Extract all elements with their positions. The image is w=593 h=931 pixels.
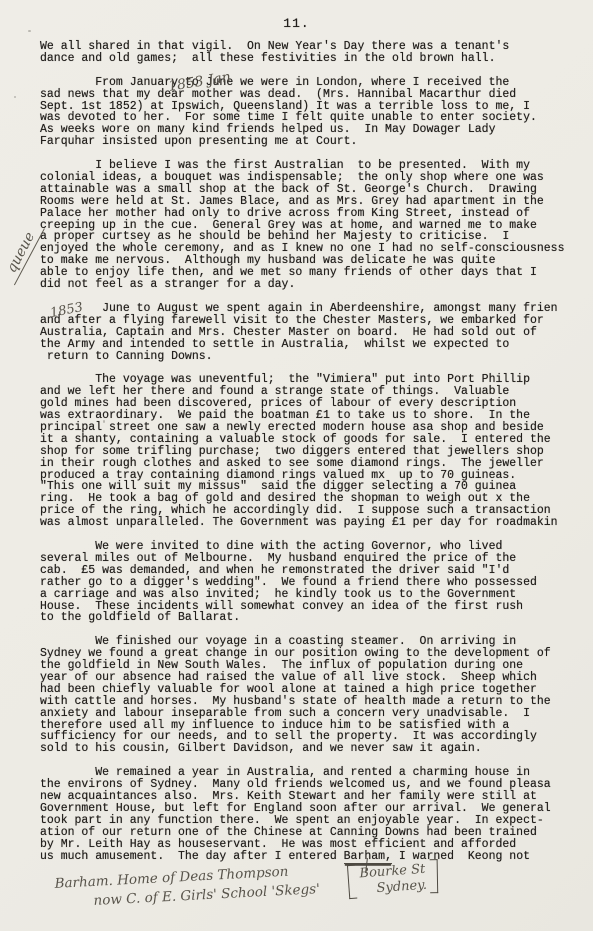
typed-line: cab. £5 was demanded, and when he remons…	[40, 565, 593, 577]
typed-line: to the goldfield of Ballarat.	[40, 612, 593, 624]
typed-line: Rooms were held at St. James Blace, and …	[40, 196, 593, 208]
typed-line: Farquhar insisted upon presenting me at …	[40, 136, 593, 148]
typed-paragraph: The voyage was uneventful; the "Vimiera"…	[40, 374, 593, 529]
typed-paragraph: From January to June we were in London, …	[40, 77, 593, 148]
typed-line: with cattle and horses. My husband's sta…	[40, 696, 593, 708]
scan-speck	[14, 96, 16, 98]
barham-line-pre: us much amusement. The day after I enter…	[40, 850, 344, 863]
typed-line: had been chiefly valuable for wool alone…	[40, 684, 593, 696]
typed-line: several miles out of Melbourne. My husba…	[40, 553, 593, 565]
bracket-open-stroke	[347, 865, 357, 899]
typed-line: sold to his cousin, Gilbert Davidson, an…	[40, 743, 593, 755]
typed-text: We all shared in that vigil. On New Year…	[40, 41, 593, 874]
handwritten-queue-note: queue	[0, 221, 45, 286]
typed-line: was almost unparalleled. The Government …	[40, 517, 593, 529]
typed-line: and after a flying farewell visit to the…	[40, 315, 593, 327]
typed-line: did not feel as a stranger for a day.	[40, 279, 593, 291]
typed-line: in their rough clothes and asked to see …	[40, 458, 593, 470]
typed-line: Australia, Captain and Mrs. Chester Mast…	[40, 327, 593, 339]
typed-line: the Army and intended to settle in Austr…	[40, 339, 593, 351]
typed-line: took part in any function there. We spen…	[40, 815, 593, 827]
handwritten-bourke-st-note: Bourke St Sydney.	[347, 859, 440, 899]
typed-line: sad news that my dear mother was dead. (…	[40, 89, 593, 101]
typed-line: dance and old games; all these festiviti…	[40, 53, 593, 65]
typed-line: anxiety and labour inseparable from such…	[40, 708, 593, 720]
typed-line: rather go to a digger's wedding". We fou…	[40, 577, 593, 589]
typed-paragraph: We remained a year in Australia, and ren…	[40, 767, 593, 862]
typed-line: attainable was a small shop at the back …	[40, 184, 593, 196]
typed-paragraph: We finished our voyage in a coasting ste…	[40, 636, 593, 755]
typed-line: June to August we spent again in Aberdee…	[40, 303, 593, 315]
typed-line: From January to June we were in London, …	[40, 77, 593, 89]
typed-paragraph: We all shared in that vigil. On New Year…	[40, 41, 593, 65]
typed-paragraph: I believe I was the first Australian to …	[40, 160, 593, 291]
scan-speck	[103, 420, 105, 423]
typed-line: it a shanty, containing a valuable stock…	[40, 434, 593, 446]
typed-paragraph: We were invited to dine with the acting …	[40, 541, 593, 624]
typed-line: Government House, but left for England s…	[40, 803, 593, 815]
typed-paragraph: June to August we spent again in Aberdee…	[40, 303, 593, 363]
typed-line: a carriage and was also invited; he kind…	[40, 589, 593, 601]
typed-line: shop for some trifling purchase; two dig…	[40, 446, 593, 458]
scan-speck	[28, 30, 31, 32]
document-page: 11. We all shared in that vigil. On New …	[0, 0, 593, 931]
typed-line: return to Canning Downs.	[40, 351, 593, 363]
typed-line: ation of our return one of the Chinese a…	[40, 827, 593, 839]
bourke-note-line2: Sydney.	[376, 878, 427, 897]
bracket-close-stroke	[430, 859, 439, 893]
page-number: 11.	[0, 16, 593, 31]
typed-line: Palace her mother had only to drive acro…	[40, 208, 593, 220]
